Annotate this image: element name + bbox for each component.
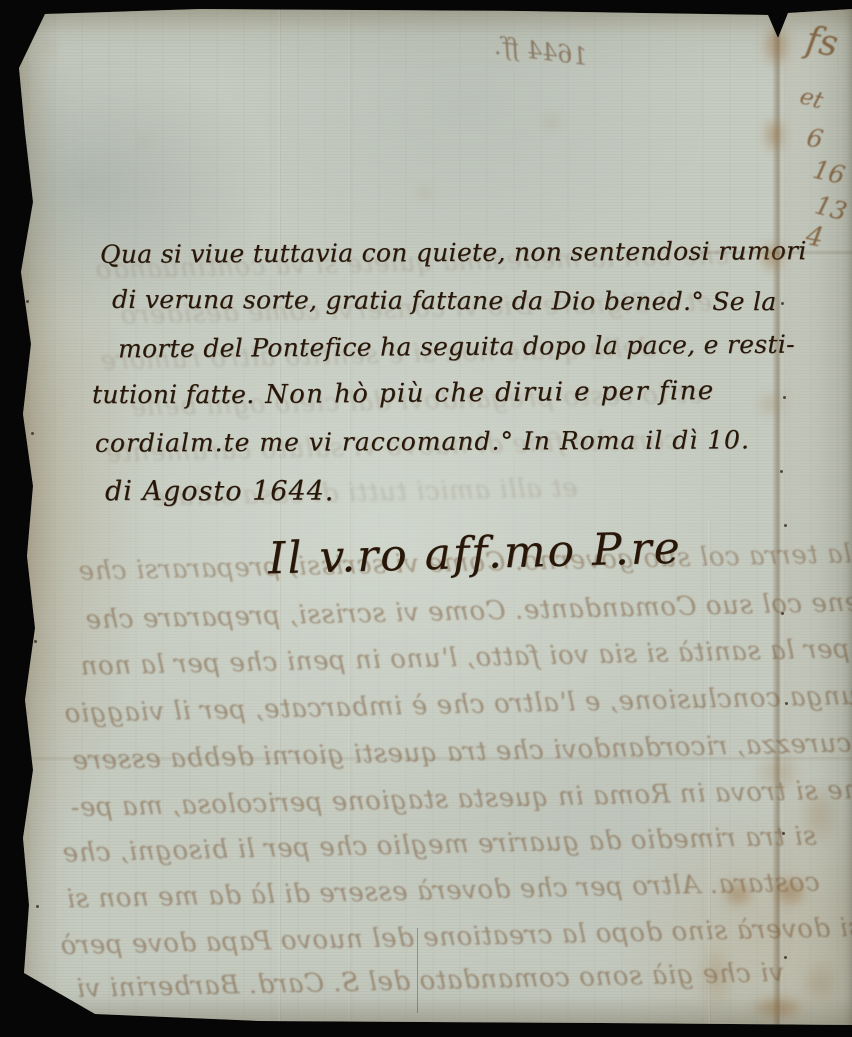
letter-line-1: Qua si viue tuttavia con quiete, non sen… <box>100 236 807 269</box>
paper-speck <box>782 832 785 835</box>
paper-speck <box>784 524 787 527</box>
ink-stain <box>414 186 436 200</box>
bleedthrough-line: che si trova in Roma in questa stagione … <box>70 775 852 823</box>
horizontal-crease <box>30 756 852 761</box>
ink-stain <box>766 872 814 912</box>
letter-page: che con la medesima quiete si va continu… <box>0 0 852 1037</box>
gutter-mark: 6 <box>804 123 825 155</box>
ink-stain <box>692 925 740 1025</box>
fold-crease <box>348 0 351 1037</box>
ink-stain <box>742 992 814 1024</box>
letter-line-6: di Agosto 1644. <box>105 476 334 507</box>
letter-line-4b: Non hò più che dirui e per fine <box>265 376 715 410</box>
signature: Il v.ro aff.mo P.re <box>267 523 682 585</box>
fold-crease <box>278 0 281 1037</box>
bottom-edge-shading <box>0 997 852 1027</box>
paper-speck <box>34 640 37 643</box>
ink-stain <box>758 14 794 76</box>
paper-speck <box>785 702 788 705</box>
photograph-background: che con la medesima quiete si va continu… <box>0 0 852 1037</box>
bleedthrough-line: vi che già sono comandato del S. Card. B… <box>76 958 784 1004</box>
bleedthrough-line: sicurezza, ricordandovi che tra questi g… <box>72 728 852 776</box>
letter-line-5: cordialm.te me vi raccomand.° In Roma il… <box>95 425 750 457</box>
adjacent-folio-strip <box>784 0 852 1037</box>
fold-crease <box>708 520 711 1037</box>
main-fold-crease <box>772 0 784 1037</box>
bleedthrough-line: ti tiene col suo Comandante. Come vi scr… <box>85 587 852 636</box>
photo-vignette <box>0 0 852 1037</box>
deckle-edge-shading <box>0 0 60 1037</box>
ink-stain <box>792 950 848 1016</box>
paper-speck <box>31 432 34 435</box>
letter-line-3: morte del Pontefice ha seguita dopo la p… <box>118 330 795 364</box>
bleedthrough-line: si doverà sino dopo la creatione del nuo… <box>60 913 852 961</box>
ink-stain <box>744 745 810 799</box>
paper-speck <box>26 300 29 303</box>
hairline-crease <box>417 928 418 1013</box>
paper-speck <box>781 612 784 615</box>
gutter-mark: 16 <box>810 155 848 190</box>
letter-line-4a: tutioni fatte. <box>92 380 254 409</box>
bleedthrough-line: si tra rimedio da guarire meglio che per… <box>62 821 817 868</box>
letter-line-2: di veruna sorte, gratia fattane da Dio b… <box>112 285 777 316</box>
ink-stain <box>750 385 792 423</box>
verso-docket-bleedthrough: 1644 ff. <box>437 25 589 71</box>
gutter-mark: fs <box>803 20 841 65</box>
bleedthrough-line: lunga conclusione, e l'altro che è imbar… <box>64 681 852 729</box>
ink-stain <box>538 114 564 130</box>
ink-stain <box>44 42 56 54</box>
ink-stain <box>716 876 760 912</box>
paper-speck <box>783 396 786 399</box>
gutter-mark: et <box>797 83 826 114</box>
paper-speck <box>36 905 39 908</box>
paper-speck <box>28 762 31 765</box>
ink-stain <box>760 110 788 160</box>
bleedthrough-line: costara. Altro per che doverà essere di … <box>66 867 820 914</box>
bleedthrough-line: per la sanità si sia voi fatto, l'uno in… <box>80 634 850 681</box>
ink-stain <box>790 770 848 858</box>
paper-speck <box>781 302 784 305</box>
gutter-mark: 13 <box>812 190 850 226</box>
paper-speck <box>780 470 783 473</box>
top-edge-shading <box>0 0 852 34</box>
paper-speck <box>784 956 787 959</box>
ink-stain <box>140 134 152 146</box>
